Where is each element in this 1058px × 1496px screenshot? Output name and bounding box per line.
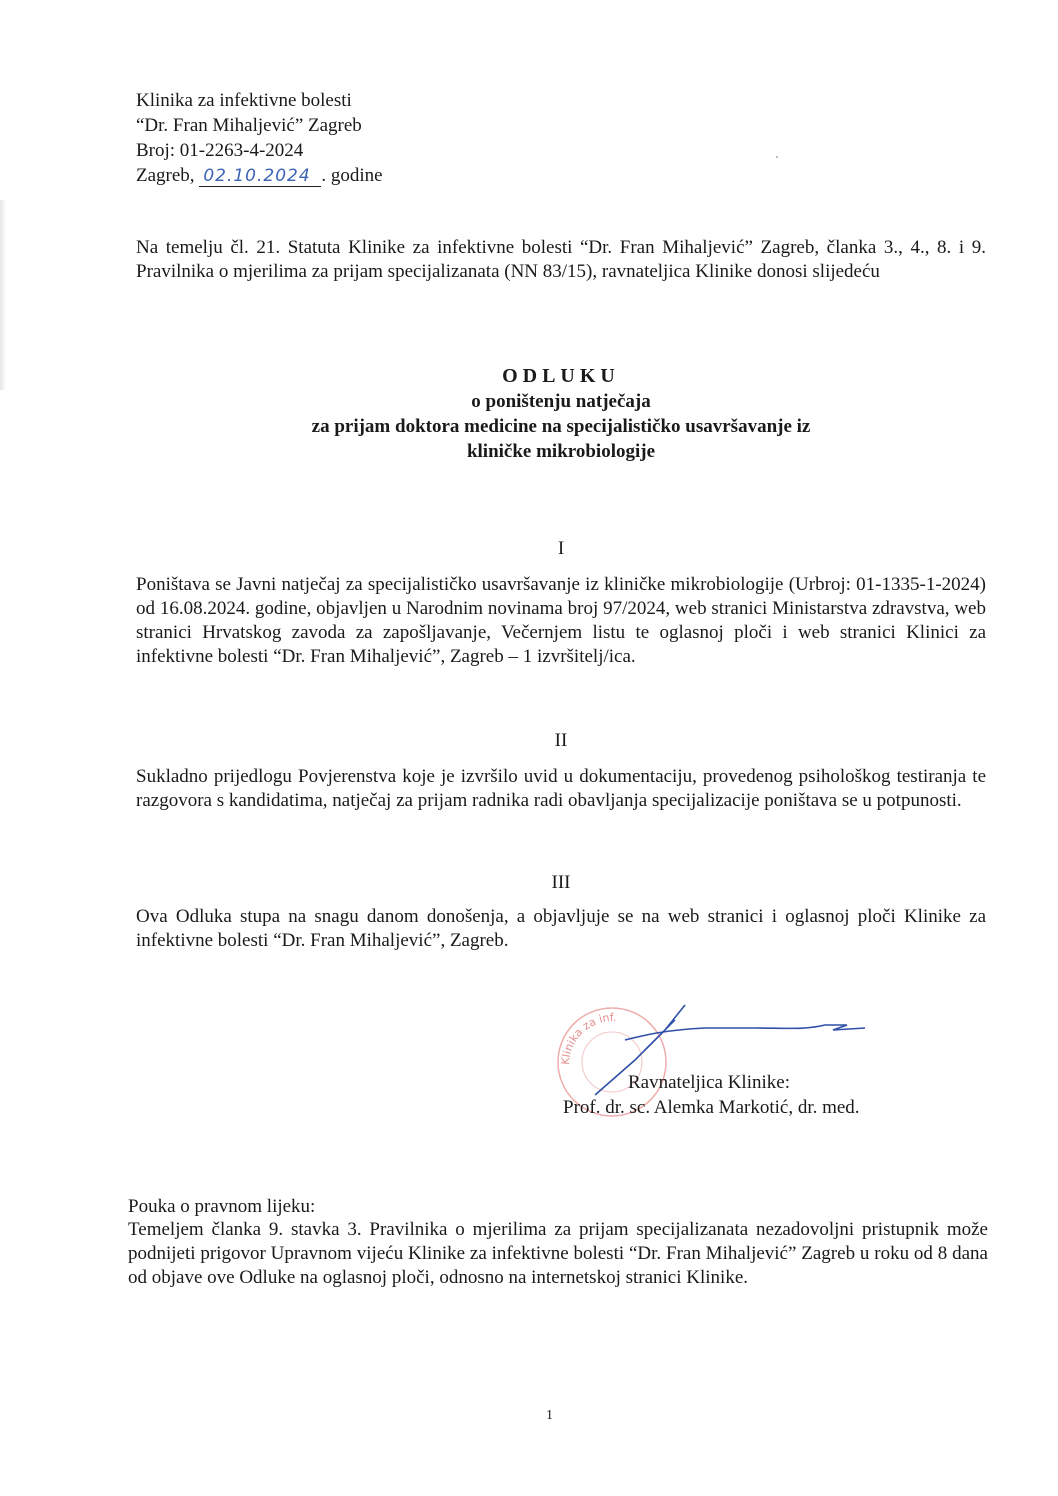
intro-paragraph: Na temelju čl. 21. Statuta Klinike za in… [136,236,986,284]
section-text-3: Ova Odluka stupa na snagu danom donošenj… [136,905,986,953]
decision-title: ODLUKU o poništenju natječaja za prijam … [136,364,986,464]
document-number: Broj: 01-2263-4-2024 [136,138,383,163]
title-main: ODLUKU [136,364,986,389]
institution-line-2: “Dr. Fran Mihaljević” Zagreb [136,113,383,138]
signatory-role: Ravnateljica Klinike: [563,1070,860,1095]
title-line-3: kliničke mikrobiologije [136,439,986,464]
document-header: Klinika za infektivne bolesti “Dr. Fran … [136,88,383,188]
section-numeral-3: III [136,872,986,894]
legal-remedy-title: Pouka o pravnom lijeku: [128,1196,315,1218]
place-date-line: Zagreb, 02.10.2024. godine [136,163,383,188]
section-text-1: Poništava se Javni natječaj za specijali… [136,573,986,669]
place-prefix: Zagreb, [136,165,199,186]
handwritten-date: 02.10.2024 [199,166,321,187]
section-text-2: Sukladno prijedlogu Povjerenstva koje je… [136,765,986,813]
scan-speck [776,156,778,158]
institution-line-1: Klinika za infektivne bolesti [136,88,383,113]
scan-edge-shadow [0,200,6,390]
page-number: 1 [546,1408,553,1424]
legal-remedy-text: Temeljem članka 9. stavka 3. Pravilnika … [128,1218,988,1290]
signatory-block: Ravnateljica Klinike: Prof. dr. sc. Alem… [563,1070,860,1120]
date-suffix: . godine [321,165,382,186]
section-numeral-2: II [136,730,986,752]
title-line-2: za prijam doktora medicine na specijalis… [136,414,986,439]
title-line-1: o poništenju natječaja [136,389,986,414]
signatory-name: Prof. dr. sc. Alemka Markotić, dr. med. [563,1095,860,1120]
section-numeral-1: I [136,538,986,560]
